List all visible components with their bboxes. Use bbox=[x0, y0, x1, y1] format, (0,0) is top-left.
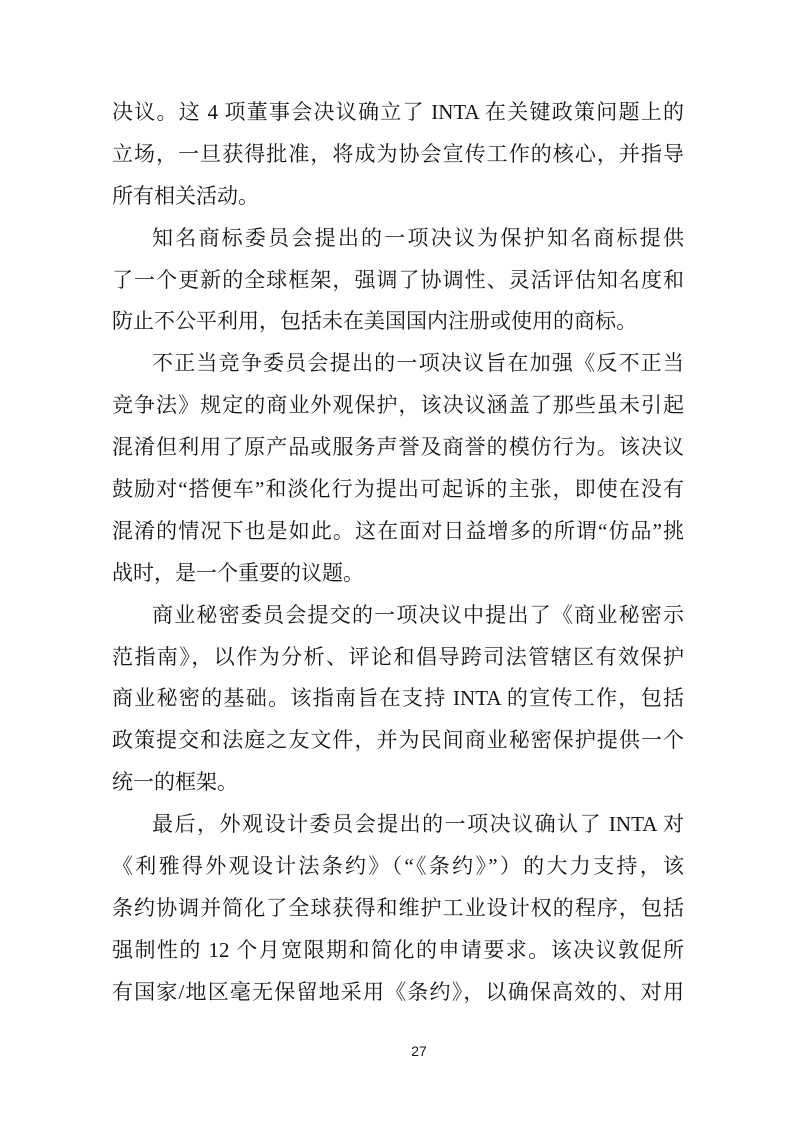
text-line: 立场，一旦获得批准，将成为协会宣传工作的核心，并指导 bbox=[112, 134, 684, 176]
text-line: 竞争法》规定的商业外观保护，该决议涵盖了那些虽未引起 bbox=[112, 385, 684, 427]
page-number: 27 bbox=[389, 1043, 449, 1059]
text-line: 防止不公平利用，包括未在美国国内注册或使用的商标。 bbox=[112, 301, 684, 343]
paragraph: 商业秘密委员会提交的一项决议中提出了《商业秘密示范指南》，以作为分析、评论和倡导… bbox=[112, 595, 684, 804]
text-line: 强制性的 12 个月宽限期和简化的申请要求。该决议敦促所 bbox=[112, 930, 684, 972]
paragraph: 最后，外观设计委员会提出的一项决议确认了 INTA 对《利雅得外观设计法条约》（… bbox=[112, 804, 684, 1013]
text-line: 有国家/地区毫无保留地采用《条约》，以确保高效的、对用 bbox=[112, 972, 684, 1014]
text-line: 了一个更新的全球框架，强调了协调性、灵活评估知名度和 bbox=[112, 260, 684, 302]
text-line: 商业秘密委员会提交的一项决议中提出了《商业秘密示 bbox=[112, 595, 684, 637]
document-page: 决议。这 4 项董事会决议确立了 INTA 在关键政策问题上的立场，一旦获得批准… bbox=[0, 0, 793, 1122]
text-line: 不正当竞争委员会提出的一项决议旨在加强《反不正当 bbox=[112, 343, 684, 385]
text-line: 统一的框架。 bbox=[112, 762, 684, 804]
paragraph: 知名商标委员会提出的一项决议为保护知名商标提供了一个更新的全球框架，强调了协调性… bbox=[112, 218, 684, 344]
text-line: 最后，外观设计委员会提出的一项决议确认了 INTA 对 bbox=[112, 804, 684, 846]
paragraph: 决议。这 4 项董事会决议确立了 INTA 在关键政策问题上的立场，一旦获得批准… bbox=[112, 92, 684, 218]
text-line: 混淆但利用了原产品或服务声誉及商誉的模仿行为。该决议 bbox=[112, 427, 684, 469]
text-line: 条约协调并简化了全球获得和维护工业设计权的程序，包括 bbox=[112, 888, 684, 930]
text-line: 决议。这 4 项董事会决议确立了 INTA 在关键政策问题上的 bbox=[112, 92, 684, 134]
text-line: 战时，是一个重要的议题。 bbox=[112, 553, 684, 595]
paragraph: 不正当竞争委员会提出的一项决议旨在加强《反不正当竞争法》规定的商业外观保护，该决… bbox=[112, 343, 684, 594]
text-line: 鼓励对“搭便车”和淡化行为提出可起诉的主张，即使在没有 bbox=[112, 469, 684, 511]
text-line: 混淆的情况下也是如此。这在面对日益增多的所谓“仿品”挑 bbox=[112, 511, 684, 553]
text-block: 决议。这 4 项董事会决议确立了 INTA 在关键政策问题上的立场，一旦获得批准… bbox=[112, 92, 684, 1014]
text-line: 所有相关活动。 bbox=[112, 176, 684, 218]
text-line: 《利雅得外观设计法条约》（“《条约》”）的大力支持，该 bbox=[112, 846, 684, 888]
text-line: 商业秘密的基础。该指南旨在支持 INTA 的宣传工作，包括 bbox=[112, 678, 684, 720]
text-line: 知名商标委员会提出的一项决议为保护知名商标提供 bbox=[112, 218, 684, 260]
text-line: 政策提交和法庭之友文件，并为民间商业秘密保护提供一个 bbox=[112, 720, 684, 762]
text-line: 范指南》，以作为分析、评论和倡导跨司法管辖区有效保护 bbox=[112, 637, 684, 679]
